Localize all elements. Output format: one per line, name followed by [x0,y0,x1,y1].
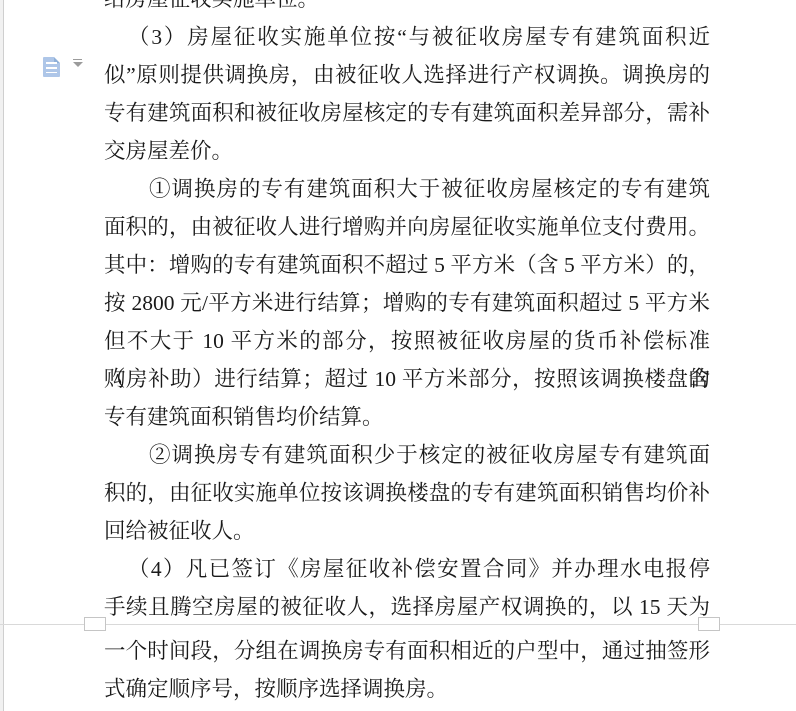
text-line[interactable]: 专有建筑面积和被征收房屋核定的专有建筑面积差异部分，需补 [104,94,710,132]
text-line[interactable]: ②调换房专有建筑面积少于核定的被征收房屋专有建筑面 [104,436,710,474]
text-line[interactable]: 但不大于 10 平方米的部分，按照被征收房屋的货币补偿标准（含 [104,322,710,360]
document-icon [43,57,60,77]
text-boundary-mark-left [84,617,106,631]
dropdown-arrow-icon [72,59,83,69]
document-app: 给房屋征收实施单位。 （3）房屋征收实施单位按“与被征收房屋专有建筑面积近 似”… [0,0,796,711]
text-line[interactable]: 式确定顺序号，按顺序选择调换房。 [104,670,710,708]
text-line[interactable]: 似”原则提供调换房，由被征收人选择进行产权调换。调换房的 [104,56,710,94]
text-line[interactable]: 购房补助）进行结算；超过 10 平方米部分，按照该调换楼盘的 [104,360,710,398]
text-line[interactable]: 给房屋征收实施单位。 [104,0,710,18]
text-line[interactable]: 按 2800 元/平方米进行结算；增购的专有建筑面积超过 5 平方米 [104,284,710,322]
text-line[interactable]: 积的，由征收实施单位按该调换楼盘的专有建筑面积销售均价补 [104,474,710,512]
text-line[interactable]: 手续且腾空房屋的被征收人，选择房屋产权调换的，以 15 天为 [104,588,710,626]
document-text: 给房屋征收实施单位。 （3）房屋征收实施单位按“与被征收房屋专有建筑面积近 似”… [104,0,710,708]
text-line[interactable]: 专有建筑面积销售均价结算。 [104,398,710,436]
text-line[interactable]: （3）房屋征收实施单位按“与被征收房屋专有建筑面积近 [104,18,710,56]
text-line[interactable]: 面积的，由被征收人进行增购并向房屋征收实施单位支付费用。 [104,208,710,246]
app-background-strip [0,0,4,711]
text-line[interactable]: 回给被征收人。 [104,512,710,550]
paste-options-button[interactable] [38,53,88,81]
text-line[interactable]: 交房屋差价。 [104,132,710,170]
document-page[interactable]: 给房屋征收实施单位。 （3）房屋征收实施单位按“与被征收房屋专有建筑面积近 似”… [5,0,796,711]
text-line[interactable]: （4）凡已签订《房屋征收补偿安置合同》并办理水电报停 [104,550,710,588]
text-line[interactable]: 一个时间段，分组在调换房专有面积相近的户型中，通过抽签形 [104,632,710,670]
text-line[interactable]: ①调换房的专有建筑面积大于被征收房屋核定的专有建筑 [104,170,710,208]
text-line[interactable]: 其中：增购的专有建筑面积不超过 5 平方米（含 5 平方米）的， [104,246,710,284]
